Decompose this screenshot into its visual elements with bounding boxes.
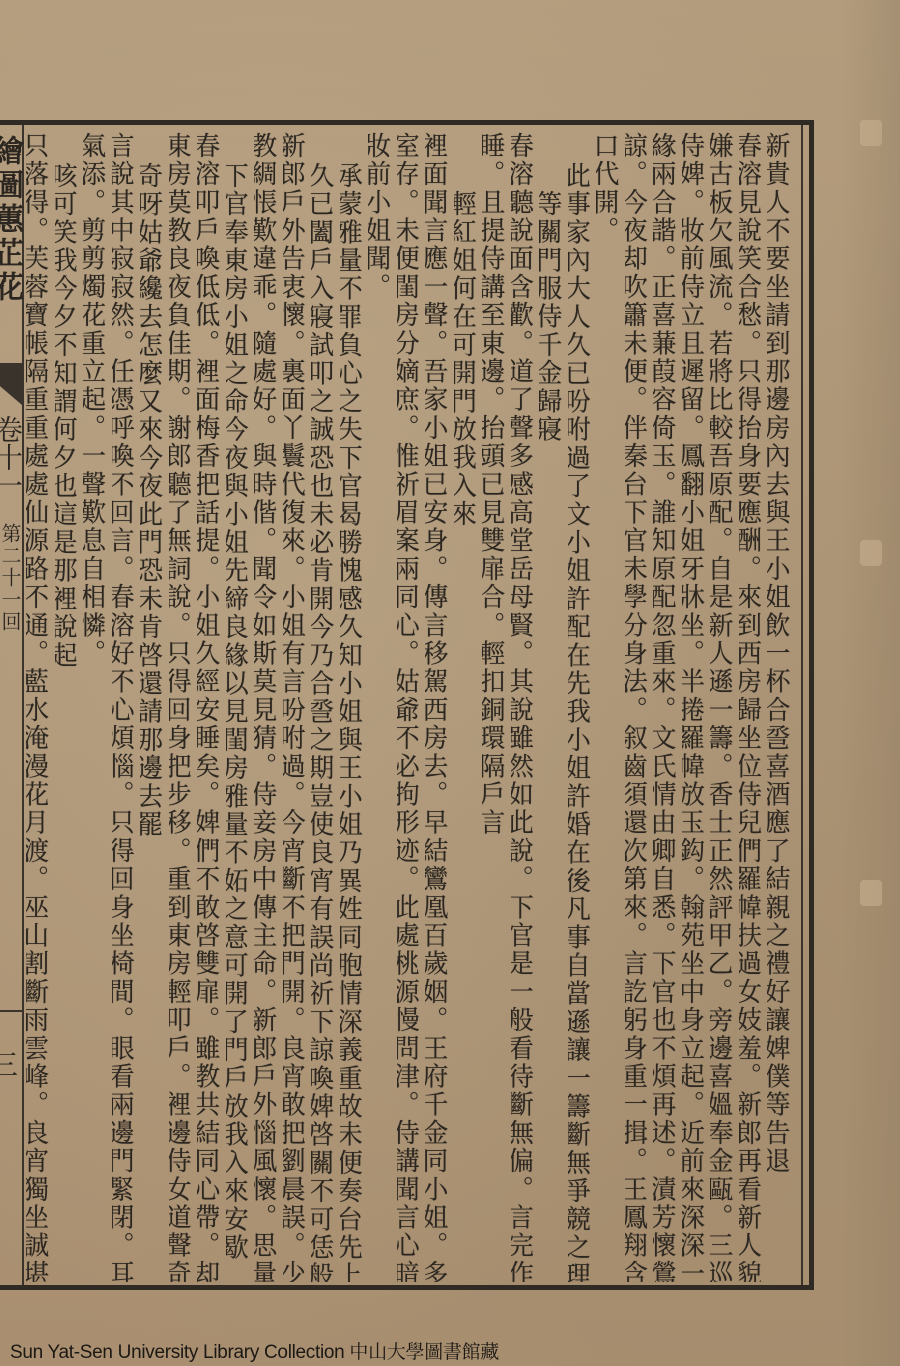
text-column: 緣兩合諧。正喜蒹葭容倚玉。誰知原配忽重來。文氏情由卿自悉。下官也不煩再述。漬芳懷…	[653, 132, 682, 1282]
text-column: 教綢悵歎違乖。隨處好。與時偕。聞令如斯莫見猜。侍妾房中傳主命。新郎戶外惱風懷。思…	[254, 132, 283, 1282]
page-tab-mark	[860, 120, 882, 146]
text-column: 承蒙雅量不罪負心之失下官曷勝愧感久知小姐與王小姐乃異姓同胞情深義重故未便奏台先上…	[340, 132, 369, 1282]
page-number: 三	[0, 1050, 22, 1078]
text-column: 嫌古板欠風流。若將比較吾原配。自是新人遜一籌。香士正然評甲乙。旁邊喜媼奉金甌。三…	[710, 132, 739, 1282]
book-title: 繪圖蕙芷花	[0, 135, 20, 305]
banner-column: 繪圖蕙芷花 卷十一 第二十一回 三	[0, 125, 22, 1285]
text-column: 新貴人不要坐請到那邊房內去與王小姐飲一杯合巹喜酒應了結親之禮好讓婢僕等告退	[767, 132, 796, 1282]
text-column: 新郎戶外告衷懷。裏面丫鬟代復來。小姐有言吩咐過。今宵斷不把門開。良宵敢把劉晨誤。…	[283, 132, 312, 1282]
text-column: 東房莫教良夜負佳期。謝郎聽了無詞說。只得回身把步移。重到東房輕叩戶。裡邊侍女道聲…	[169, 132, 198, 1282]
text-column: 言說其中寂寂然。任憑呼喚不回言。春溶好不心煩惱。只得回身坐椅間。眼看兩邊門緊閉。…	[112, 132, 141, 1282]
text-column: 春溶叩戶喚低低。裡面梅香把話提。小姐久經安睡矣。婢們不敢啓雙扉。雖教共結同心帶。…	[197, 132, 226, 1282]
volume-label: 卷十一	[0, 415, 22, 499]
text-body: 新貴人不要坐請到那邊房內去與王小姐飲一杯合巹喜酒應了結親之禮好讓婢僕等告退春溶見…	[26, 132, 796, 1282]
page-edge-shadow	[840, 0, 900, 1366]
text-column: 春溶見說笑合愁。只得抬身要應酬。來到西房歸坐位侍兒們羅幃扶過女妓羞。新郎再看新人…	[739, 132, 768, 1282]
text-column: 侍婢。妝前侍立且遲留。鳳翻小姐牙牀坐。半捲羅幃放玉鈎。翰苑坐中身立起。近前來深深…	[682, 132, 711, 1282]
text-column: 輕紅姐何在可開門放我入來	[454, 132, 483, 1282]
text-column: 裡面聞言應一聲。吾家小姐已安身。傳言移駕西房去。早結鸞凰百歲姻。王府千金同小姐。…	[425, 132, 454, 1282]
text-column: 等關門服侍千金歸寢	[539, 132, 568, 1282]
text-column: 春溶聽說面含歡。道了聲多感高堂岳母賢。其說雖然如此說。下官是一般看待斷無偏。言完…	[511, 132, 540, 1282]
collection-credit: Sun Yat-Sen University Library Collectio…	[10, 1337, 499, 1364]
text-column: 睡。且提侍講至東邊。抬頭已見雙扉合。輕扣銅環隔戶言	[482, 132, 511, 1282]
banner-divider	[0, 1010, 22, 1012]
text-column: 久已闔戶入寢試叩之誠恐也未必肯開今乃合巹之期豈使良宵有誤尚祈下諒喚婢啓關不可恁般…	[311, 132, 340, 1282]
text-column: 下官奉東房小姐之命今夜與小姐先締良緣以見閨房雅量不妬之意可開了門戶放我入來安歇	[226, 132, 255, 1282]
text-column: 只落得。芙蓉寶帳隔重重處處仙源路不通。藍水淹漫花月渡。巫山割斷雨雲峰。良宵獨坐誠…	[26, 132, 55, 1282]
text-column: 諒。今夜却吹簫未便。伴秦台下官未學分身法。叙齒須還次第來。言訖躬身重一揖。王鳳翔…	[625, 132, 654, 1282]
text-column: 咳可笑我今夕不知謂何夕也這是那裡說起	[55, 132, 84, 1282]
page-tab-mark	[860, 540, 882, 566]
text-column: 此事家內大人久已吩咐過了文小姐許配在先我小姐許婚在後凡事自當遜讓一籌斷無爭競之理…	[568, 132, 597, 1282]
text-column: 奇呀姑爺纔去怎麼又來今夜此門恐未肯啓還請那邊去罷	[140, 132, 169, 1282]
text-column: 氣添。剪剪燭花重立起。一聲歎息自相憐。	[83, 132, 112, 1282]
text-column: 口代開。	[596, 132, 625, 1282]
text-column: 室存。未便閨房分嫡庶。惟祈眉案兩同心。姑爺不必拘形迹。此處桃源慢問津。侍講聞言心…	[397, 132, 426, 1282]
chapter-label: 第二十一回	[0, 523, 22, 633]
inner-border-rule	[801, 125, 803, 1285]
text-column: 妝前小姐聞。	[368, 132, 397, 1282]
page-tab-mark	[860, 880, 882, 906]
fish-tail-mark	[0, 363, 22, 405]
